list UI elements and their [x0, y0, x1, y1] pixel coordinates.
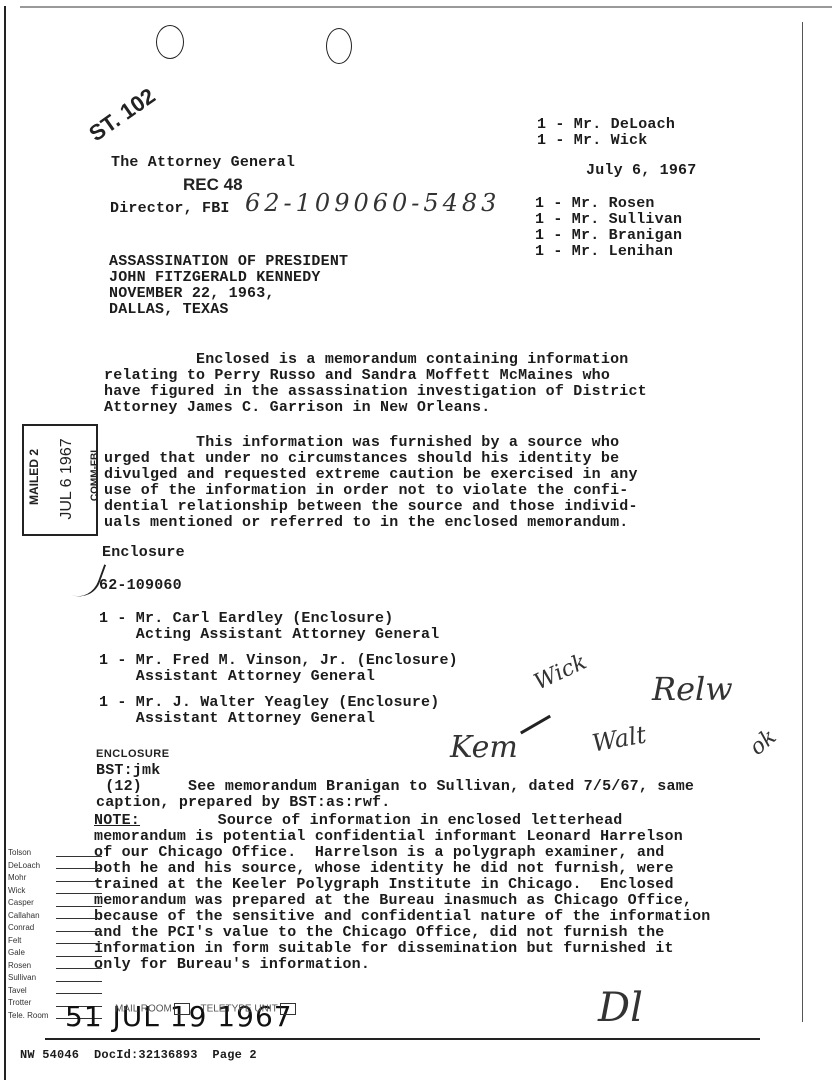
file-number: 62-109060	[99, 578, 182, 594]
see-memo-block: See memorandum Branigan to Sullivan, dat…	[96, 795, 694, 811]
routing-list: Tolson DeLoach Mohr Wick Casper Callahan…	[8, 847, 102, 1022]
routing-item: Callahan	[8, 910, 102, 923]
body-paragraph-2: This information was furnished by a sour…	[104, 435, 638, 531]
distribution-title: Assistant Attorney General	[99, 711, 458, 727]
mail-room-checkbox	[174, 1003, 190, 1015]
handwritten-initial-relw: Relw	[652, 670, 733, 708]
distribution-name: 1 - Mr. Fred M. Vinson, Jr. (Enclosure)	[99, 653, 458, 669]
distribution-item: 1 - Mr. Carl Eardley (Enclosure) Acting …	[99, 611, 458, 643]
note-line: information in form suitable for dissemi…	[94, 941, 711, 957]
body-line: urged that under no circumstances should…	[104, 451, 638, 467]
body-line: have figured in the assassination invest…	[104, 384, 647, 400]
mail-room-field: MAIL ROOM TELETYPE UNIT	[115, 1003, 304, 1015]
mailed-stamp-line3: COMM-FBI	[90, 441, 101, 511]
note-line: trained at the Keeler Polygraph Institut…	[94, 877, 711, 893]
subject-line: JOHN FITZGERALD KENNEDY	[109, 270, 348, 286]
subject-line: ASSASSINATION OF PRESIDENT	[109, 254, 348, 270]
note-line: because of the sensitive and confidentia…	[94, 909, 711, 925]
typist-initials: BST:jmk	[96, 763, 160, 779]
body-line: This information was furnished by a sour…	[104, 435, 638, 451]
handwritten-initial-kem: Kem	[450, 730, 518, 765]
routing-item: Gale	[8, 947, 102, 960]
mail-room-label: MAIL ROOM	[115, 1004, 172, 1015]
body-line: dential relationship between the source …	[104, 499, 638, 515]
subject-block: ASSASSINATION OF PRESIDENT JOHN FITZGERA…	[109, 254, 348, 318]
distribution-item: 1 - Mr. Fred M. Vinson, Jr. (Enclosure) …	[99, 653, 458, 685]
page-footer: NW 54046 DocId:32136893 Page 2	[20, 1047, 257, 1063]
body-line: Attorney James C. Garrison in New Orlean…	[104, 400, 647, 416]
note-line: memorandum was prepared at the Bureau in…	[94, 893, 711, 909]
routing-item: Felt	[8, 935, 102, 948]
cc-item: 1 - Mr. Wick	[537, 133, 675, 149]
enclosure-label: Enclosure	[102, 545, 185, 561]
see-memo-line: caption, prepared by BST:as:rwf.	[96, 795, 694, 811]
subject-line: NOVEMBER 22, 1963,	[109, 286, 348, 302]
subject-line: DALLAS, TEXAS	[109, 302, 348, 318]
mailed-stamp-line1: MAILED 2	[27, 447, 41, 507]
body-line: Enclosed is a memorandum containing info…	[104, 352, 647, 368]
note-block: Source of information in enclosed letter…	[94, 813, 711, 973]
cc-item: 1 - Mr. Sullivan	[535, 212, 682, 228]
see-memo-line: See memorandum Branigan to Sullivan, dat…	[96, 779, 694, 795]
mailed-stamp-date: JUL 6 1967	[58, 424, 76, 534]
memo-date: July 6, 1967	[586, 163, 696, 179]
routing-item: Casper	[8, 897, 102, 910]
cc-item: 1 - Mr. Rosen	[535, 196, 682, 212]
enclosure-stamp: ENCLOSURE	[96, 748, 170, 760]
routing-item: Tolson	[8, 847, 102, 860]
sender: Director, FBI	[110, 201, 230, 217]
note-line: of our Chicago Office. Harrelson is a po…	[94, 845, 711, 861]
note-line: Source of information in enclosed letter…	[144, 813, 711, 829]
handwritten-initial-wick: Wick	[530, 650, 590, 696]
distribution-item: 1 - Mr. J. Walter Yeagley (Enclosure) As…	[99, 695, 458, 727]
distribution-title: Acting Assistant Attorney General	[99, 627, 458, 643]
rec-stamp: REC 48	[183, 175, 243, 195]
cc-right-list: 1 - Mr. Rosen 1 - Mr. Sullivan 1 - Mr. B…	[535, 196, 682, 260]
body-paragraph-1: Enclosed is a memorandum containing info…	[104, 352, 647, 416]
scan-right-edge	[802, 22, 803, 1022]
handwritten-initial-walt: Walt	[590, 721, 648, 758]
routing-item: Wick	[8, 885, 102, 898]
handwritten-file-number: 62-109060-5483	[245, 189, 500, 217]
teletype-unit-checkbox	[280, 1003, 296, 1015]
note-line: and the PCI's value to the Chicago Offic…	[94, 925, 711, 941]
serial-stamp: ST. 102	[84, 83, 160, 147]
distribution-title: Assistant Attorney General	[99, 669, 458, 685]
distribution-name: 1 - Mr. Carl Eardley (Enclosure)	[99, 611, 458, 627]
routing-item: Mohr	[8, 872, 102, 885]
handwritten-initial-ok: ok	[745, 724, 781, 760]
routing-item: Tavel	[8, 985, 102, 998]
teletype-unit-label: TELETYPE UNIT	[200, 1004, 277, 1015]
check-mark	[513, 703, 551, 735]
cc-item: 1 - Mr. Branigan	[535, 228, 682, 244]
cc-item: 1 - Mr. Lenihan	[535, 244, 682, 260]
handwritten-initial-dl: Dl	[598, 985, 643, 1031]
routing-item: Rosen	[8, 960, 102, 973]
body-line: uals mentioned or referred to in the enc…	[104, 515, 638, 531]
body-line: use of the information in order not to v…	[104, 483, 638, 499]
note-line: only for Bureau's information.	[94, 957, 711, 973]
distribution-list: 1 - Mr. Carl Eardley (Enclosure) Acting …	[99, 611, 458, 727]
mailed-stamp: MAILED 2 JUL 6 1967 COMM-FBI	[22, 424, 98, 536]
staple-mark-left	[156, 25, 184, 59]
note-line: both he and his source, whose identity h…	[94, 861, 711, 877]
routing-item: Conrad	[8, 922, 102, 935]
scan-top-edge	[20, 6, 832, 8]
cc-item: 1 - Mr. DeLoach	[537, 117, 675, 133]
body-line: divulged and requested extreme caution b…	[104, 467, 638, 483]
addressee: The Attorney General	[111, 155, 295, 171]
routing-item: Sullivan	[8, 972, 102, 985]
note-line: memorandum is potential confidential inf…	[94, 829, 711, 845]
cc-top-list: 1 - Mr. DeLoach 1 - Mr. Wick	[537, 117, 675, 149]
bottom-edge-line	[45, 1038, 760, 1040]
body-line: relating to Perry Russo and Sandra Moffe…	[104, 368, 647, 384]
staple-mark-right	[326, 28, 352, 64]
distribution-name: 1 - Mr. J. Walter Yeagley (Enclosure)	[99, 695, 458, 711]
scan-left-edge	[4, 6, 6, 1080]
routing-item: DeLoach	[8, 860, 102, 873]
